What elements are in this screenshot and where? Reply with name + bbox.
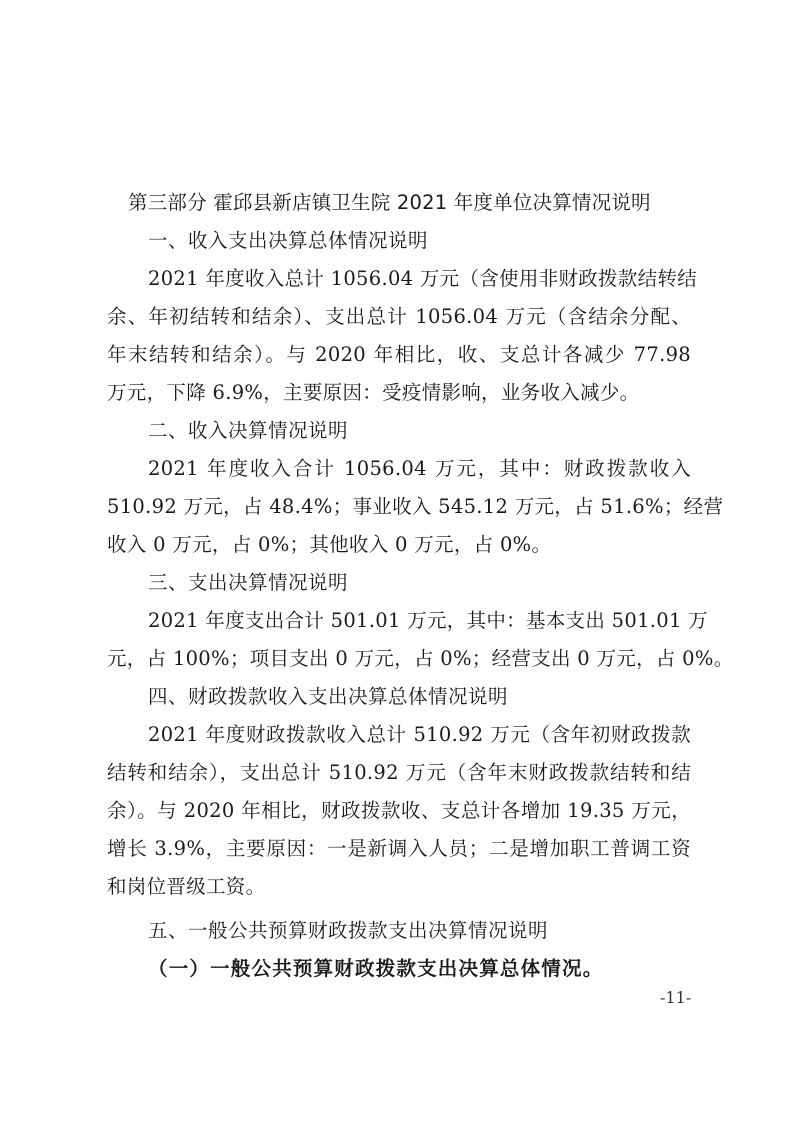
paragraph-line: 收入 0 万元，占 0%；其他收入 0 万元，占 0%。 xyxy=(107,526,691,564)
paragraph-line: 2021 年度财政拨款收入总计 510.92 万元（含年初财政拨款 xyxy=(107,716,691,754)
paragraph-line: 余）。与 2020 年相比，财政拨款收、支总计各增加 19.35 万元， xyxy=(107,792,691,830)
section-2-paragraph: 2021 年度收入合计 1056.04 万元，其中：财政拨款收入 510.92 … xyxy=(107,450,691,564)
subsection-heading-5-1: （一）一般公共预算财政拨款支出决算总体情况。 xyxy=(107,950,691,988)
paragraph-line: 年末结转和结余）。与 2020 年相比，收、支总计各减少 77.98 xyxy=(107,336,691,374)
section-1-paragraph: 2021 年度收入总计 1056.04 万元（含使用非财政拨款结转结 余、年初结… xyxy=(107,260,691,412)
paragraph-line: 2021 年度收入总计 1056.04 万元（含使用非财政拨款结转结 xyxy=(107,260,691,298)
paragraph-line: 510.92 万元，占 48.4%；事业收入 545.12 万元，占 51.6%… xyxy=(107,488,691,526)
paragraph-line: 2021 年度收入合计 1056.04 万元，其中：财政拨款收入 xyxy=(107,450,691,488)
section-3-paragraph: 2021 年度支出合计 501.01 万元，其中：基本支出 501.01 万 元… xyxy=(107,602,691,678)
paragraph-line: 余、年初结转和结余）、支出总计 1056.04 万元（含结余分配、 xyxy=(107,298,691,336)
section-heading-3: 三、支出决算情况说明 xyxy=(107,564,691,602)
paragraph-line: 结转和结余），支出总计 510.92 万元（含年末财政拨款结转和结 xyxy=(107,754,691,792)
page-number: -11- xyxy=(660,988,691,1007)
paragraph-line: 2021 年度支出合计 501.01 万元，其中：基本支出 501.01 万 xyxy=(107,602,691,640)
section-heading-2: 二、收入决算情况说明 xyxy=(107,412,691,450)
section-4-paragraph: 2021 年度财政拨款收入总计 510.92 万元（含年初财政拨款 结转和结余）… xyxy=(107,716,691,906)
document-title: 第三部分 霍邱县新店镇卫生院 2021 年度单位决算情况说明 xyxy=(128,184,691,222)
paragraph-line: 和岗位晋级工资。 xyxy=(107,868,691,906)
document-page: 第三部分 霍邱县新店镇卫生院 2021 年度单位决算情况说明 一、收入支出决算总… xyxy=(107,184,691,988)
section-heading-1: 一、收入支出决算总体情况说明 xyxy=(107,222,691,260)
paragraph-line: 万元，下降 6.9%，主要原因：受疫情影响，业务收入减少。 xyxy=(107,374,691,412)
paragraph-line: 增长 3.9%，主要原因：一是新调入人员；二是增加职工普调工资 xyxy=(107,830,691,868)
paragraph-line: 元，占 100%；项目支出 0 万元，占 0%；经营支出 0 万元，占 0%。 xyxy=(107,640,691,678)
section-heading-5: 五、一般公共预算财政拨款支出决算情况说明 xyxy=(107,912,691,950)
section-heading-4: 四、财政拨款收入支出决算总体情况说明 xyxy=(107,678,691,716)
